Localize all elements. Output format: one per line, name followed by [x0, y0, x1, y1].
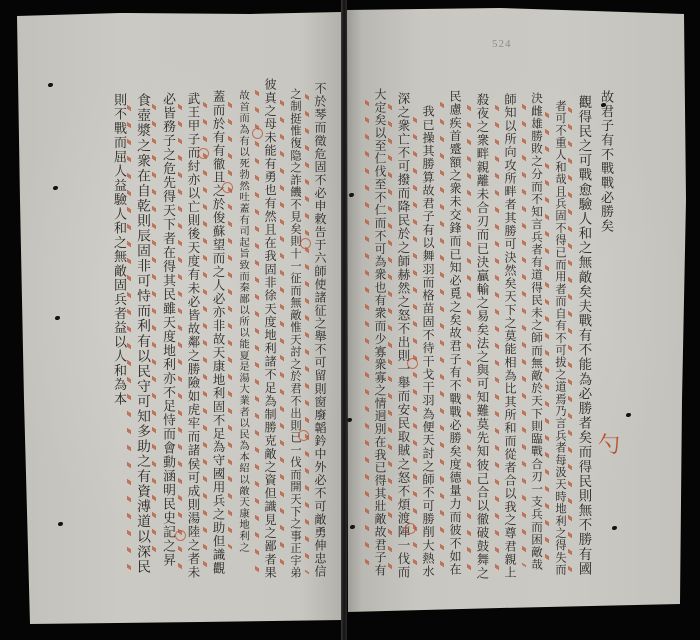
text-column: 我已操其勝算故君子有以舞羽而格苗固不待干戈干羽為便天討之師不可勝削大熱水	[419, 105, 437, 577]
text-column: 蓋而於有有徹且之於俊蘇望而之人必亦非故天康地利固不足為守國用兵之助但識觀	[209, 90, 227, 574]
text-column: 大定矣以至仁伐至不仁而不可為衆也有衆而少寡衆寡之情迥別在我已得其壯敵故君子有	[371, 88, 389, 576]
text-column: 故首而為有以死勃然吐蓋有司起旨致而秦鄙以所以能夏是湯大業者以民為本紹以敵天康地利…	[234, 90, 252, 552]
binding-hole	[612, 526, 617, 530]
red-circle-mark	[222, 182, 233, 193]
binding-hole	[347, 418, 352, 422]
red-circle-mark	[405, 523, 416, 534]
text-column: 深之衆亡不可撥而降民於之師赫然之怒不出則一舉而安民取賊之怒不煩渡陣一伐而	[394, 92, 412, 578]
text-column: 殺夜之衆畔親離未合刃而已決贏輸之易矣法之與可知難莫先知彼己合以徹破鼓舞之	[473, 93, 491, 579]
text-column: 不於琴而徵危固不必申敕告于六師使諸征之舉不可留則窗廢韜鈐中外必不可敵勇伸忠信	[311, 82, 329, 577]
text-column: 之制挺惟復隐之詐饑不見矣則十一征而無敵惟天討之於君不出則已一伐而開天下之事正宇弟	[286, 88, 304, 578]
text-column: 食壺漿之衆在自乾則辰固非可恃而利有以民守可知多助之有資溥道以深民	[133, 93, 151, 573]
text-column-final: 則不戰而屈人益驗人和之無敵固兵者益以人和為本	[109, 93, 127, 405]
binding-hole	[350, 525, 355, 529]
text-column: 必皆務子之危先得天下者在得其民雖天度地利亦不足恃而會動涵明民史記之昇	[158, 92, 176, 566]
binding-hole	[53, 186, 58, 190]
binding-hole	[626, 413, 631, 417]
pencil-folio-number: 524	[492, 38, 512, 50]
book-spine	[341, 0, 347, 640]
text-column: 彼真之母未能有勇也有然且在我固非徐天度地利諸不足為制勝克敵之資但識見之鄙者果	[261, 78, 279, 578]
red-circle-mark	[298, 430, 309, 441]
binding-hole	[349, 193, 354, 197]
text-column-heading: 故君子有不戰戰必勝矣	[596, 90, 614, 232]
text-column: 民慮疾首蹙額之衆未交鋒而已知必覓之矣故君子有不戰戰必勝矣度德量力而彼不如在	[446, 90, 464, 575]
text-column: 師知以所向攻所畔者其勝可決然矣天下之莫能相為比其所和而從者合以我之尊君親上	[501, 93, 519, 578]
red-circle-mark	[252, 128, 263, 139]
binding-hole	[48, 83, 53, 87]
text-column: 觀得民之可戰愈驗人和之無敵矣夫戰有不能為必勝者矣而得民則無不勝有國	[574, 95, 592, 575]
red-circle-mark	[198, 148, 209, 159]
red-circle-mark	[175, 530, 186, 541]
text-column: 決雌雄勝敗之分而不知言兵者有道得民未之師而無敵於天下則臨戰合刃一支兵而困敵哉	[528, 92, 546, 570]
red-circle-mark	[300, 238, 311, 249]
red-margin-mark: 勺	[598, 428, 620, 459]
binding-hole	[55, 316, 60, 320]
text-column: 武王甲子而紂亦以亡則後天度有未必皆故鄰之勝險如虎牢而諸侯可成則湯陸之者未	[184, 92, 202, 578]
manuscript-scan: 不於琴而徵危固不必申敕告于六師使諸征之舉不可留則窗廢韜鈐中外必不可敵勇伸忠信 之…	[0, 0, 700, 640]
text-column: 者可不重人和哉且兵固不得已而用者而自有不可拔之道焉乃言兵者每汲天時地利之得失而	[551, 100, 569, 575]
red-circle-mark	[407, 358, 418, 369]
binding-hole	[58, 522, 63, 526]
